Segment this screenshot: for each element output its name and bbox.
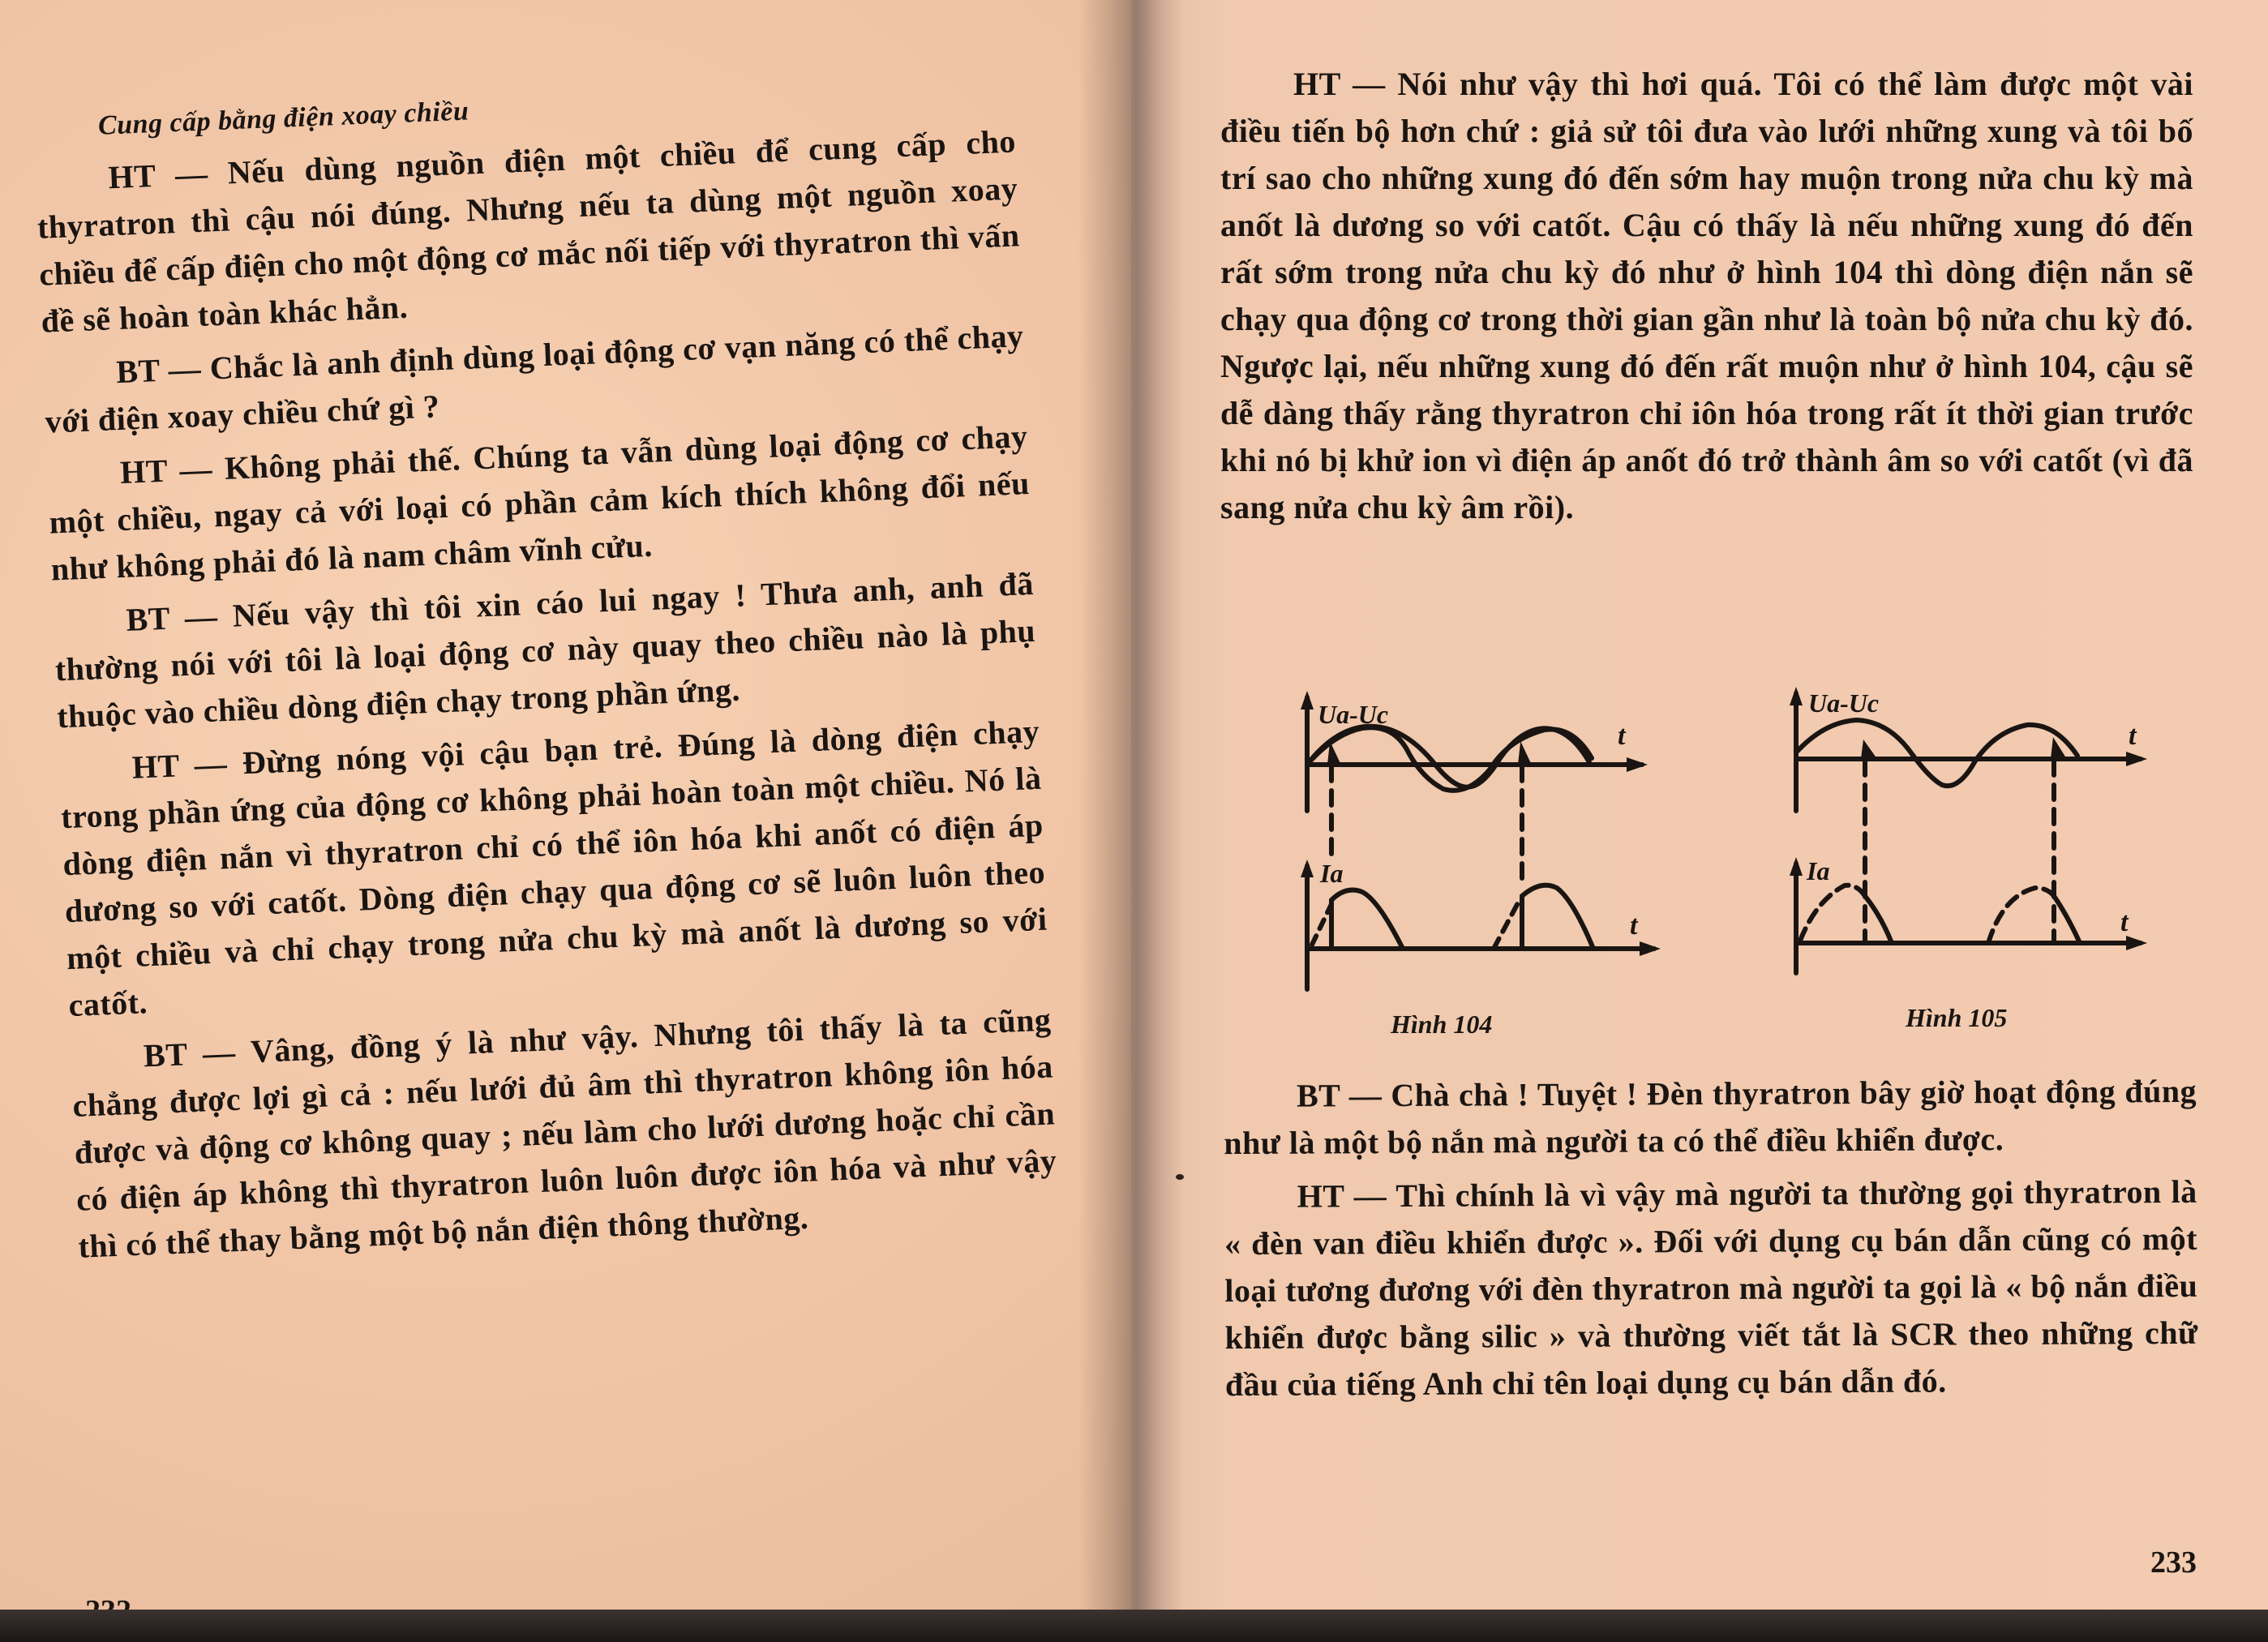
figure-105: Ua-Uc t Ia t <box>1768 673 2157 1014</box>
left-page-text: Cung cấp bằng điện xoay chiều HT — Nếu d… <box>32 66 1060 1276</box>
top-axis-label: Ua-Uc <box>1318 700 1388 729</box>
time-label-bottom: t <box>1630 911 1639 941</box>
right-page-text-top: HT — Nói như vậy thì hơi quá. Tôi có thể… <box>1220 61 2193 538</box>
dialogue-paragraph: BT — Vâng, đồng ý là như vậy. Nhưng tôi … <box>70 997 1060 1271</box>
book-gutter <box>1078 0 1184 1622</box>
figure-104-caption: Hình 104 <box>1391 1010 1492 1040</box>
book-spread: Cung cấp bằng điện xoay chiều HT — Nếu d… <box>0 0 2268 1622</box>
speaker-label: HT <box>1297 1177 1344 1214</box>
figure-105-caption: Hình 105 <box>1906 1003 2007 1033</box>
top-axis-label: Ua-Uc <box>1808 688 1879 718</box>
paragraph-text: — Vâng, đồng ý là như vậy. Nhưng tôi thấ… <box>72 1001 1057 1265</box>
page-number-right: 233 <box>2150 1545 2197 1580</box>
dialogue-paragraph: HT — Nếu dùng nguồn điện một chiều để cu… <box>35 118 1023 345</box>
speaker-label: HT <box>131 747 180 785</box>
figure-104: Ua-Uc t Ia t <box>1273 673 1662 1014</box>
paragraph-text: — Chà chà ! Tuyệt ! Đèn thyratron bây gi… <box>1224 1073 2197 1161</box>
dialogue-paragraph: BT — Chà chà ! Tuyệt ! Đèn thyratron bây… <box>1224 1068 2197 1167</box>
paragraph-text: — Không phải thế. Chúng ta vẫn dùng loại… <box>49 418 1031 587</box>
scan-bottom-edge <box>0 1610 2268 1642</box>
right-page-text-bottom: BT — Chà chà ! Tuyệt ! Đèn thyratron bây… <box>1224 1068 2198 1415</box>
speaker-label: BT <box>1297 1077 1340 1113</box>
speaker-label: BT <box>126 600 170 638</box>
bottom-axis-label: Ia <box>1806 856 1829 885</box>
paragraph-text: — Nói như vậy thì hơi quá. Tôi có thể là… <box>1220 66 2193 525</box>
speaker-label: HT <box>108 157 156 195</box>
speaker-label: BT <box>143 1035 187 1074</box>
paragraph-text: — Đừng nóng vội cậu bạn trẻ. Đúng là dòn… <box>60 713 1048 1023</box>
speaker-label: BT <box>115 352 160 390</box>
speaker-label: HT <box>1293 66 1340 102</box>
time-label-top: t <box>2129 721 2137 751</box>
waveform-diagram-104: Ua-Uc t Ia t <box>1273 673 1662 1014</box>
bottom-axis-label: Ia <box>1319 859 1343 888</box>
dialogue-paragraph: HT — Nói như vậy thì hơi quá. Tôi có thể… <box>1220 61 2193 531</box>
paragraph-text: — Thì chính là vì vậy mà người ta thường… <box>1224 1173 2198 1403</box>
time-label-bottom: t <box>2120 907 2129 937</box>
dialogue-paragraph: HT — Đừng nóng vội cậu bạn trẻ. Đúng là … <box>58 708 1050 1029</box>
time-label-top: t <box>1618 721 1627 751</box>
waveform-diagram-105: Ua-Uc t Ia t <box>1768 673 2157 1014</box>
paragraph-text: — Nếu vậy thì tôi xin cáo lui ngay ! Thư… <box>54 565 1036 735</box>
paragraph-text: — Nếu dùng nguồn điện một chiều để cung … <box>36 122 1020 339</box>
speaker-label: HT <box>119 452 168 491</box>
dialogue-paragraph: HT — Thì chính là vì vậy mà người ta thư… <box>1224 1168 2199 1408</box>
ink-speck <box>1176 1174 1184 1180</box>
